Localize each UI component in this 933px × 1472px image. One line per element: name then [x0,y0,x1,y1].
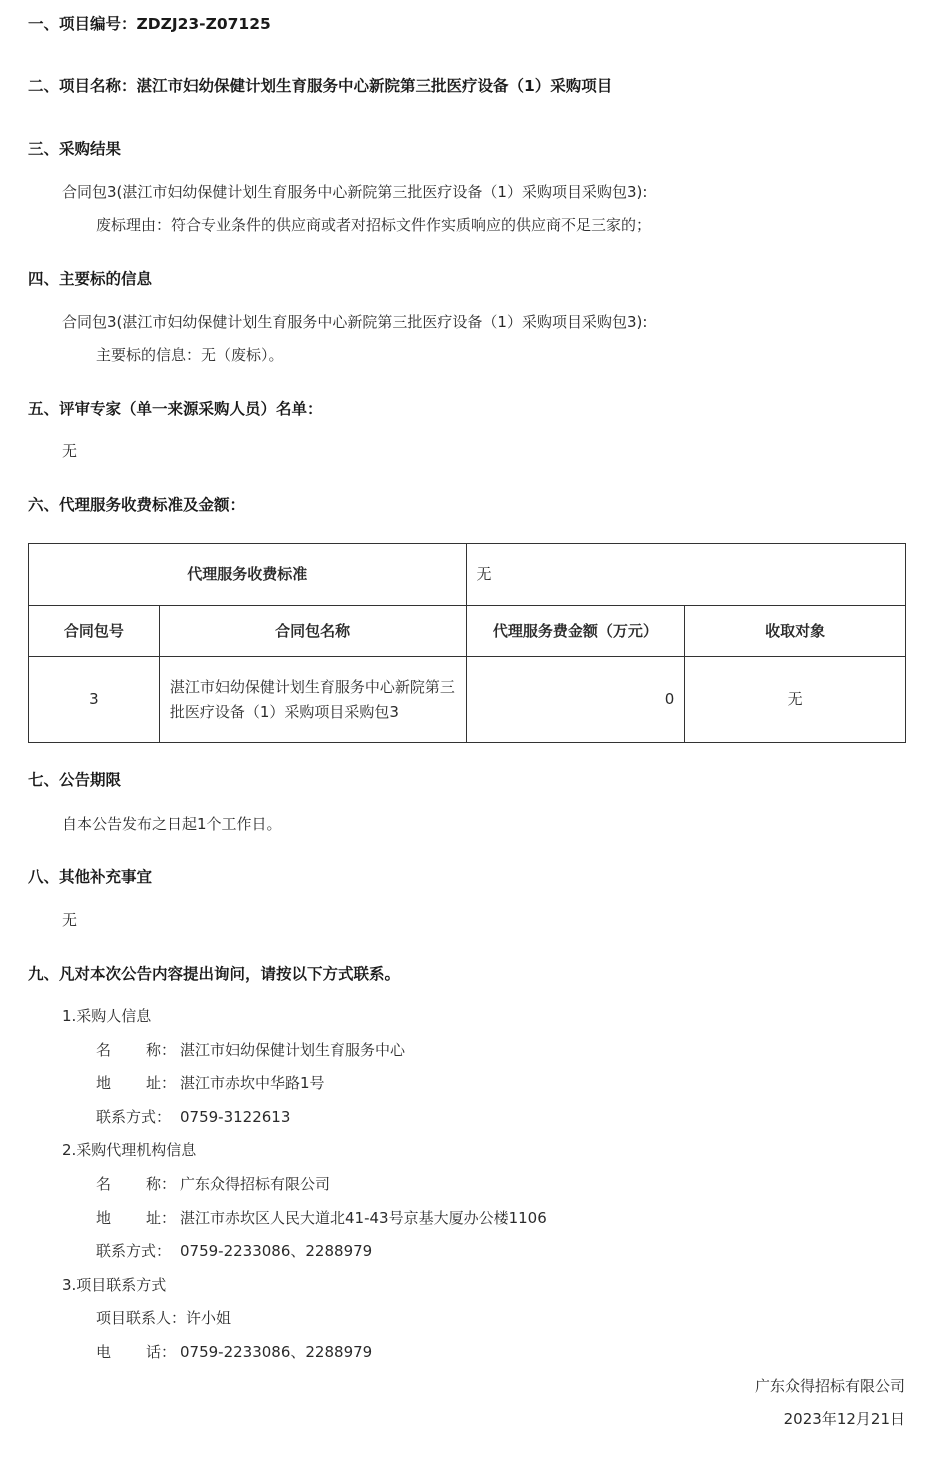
name-label-a: 名 [96,1040,146,1060]
purchaser-contact-line: 联系方式：0759-3122613 [96,1107,290,1127]
result-package-line: 合同包3(湛江市妇幼保健计划生育服务中心新院第三批医疗设备（1）采购项目采购包3… [62,182,647,202]
cell-fee-amount: 0 [466,657,685,743]
project-number-heading: 一、项目编号：ZDZJ23-Z07125 [28,14,271,34]
name-label-a: 名 [96,1174,146,1194]
agency-name: 广东众得招标有限公司 [180,1175,330,1193]
purchaser-info-title: 1.采购人信息 [62,1006,151,1026]
purchaser-contact: 0759-3122613 [180,1108,290,1126]
column-header-payer: 收取对象 [685,606,906,657]
agency-name-line: 名称：广东众得招标有限公司 [96,1174,330,1194]
column-header-fee-amount: 代理服务费金额（万元） [466,606,685,657]
purchaser-name: 湛江市妇幼保健计划生育服务中心 [180,1041,405,1059]
purchaser-name-line: 名称：湛江市妇幼保健计划生育服务中心 [96,1040,405,1060]
purchaser-address-line: 地址：湛江市赤坎中华路1号 [96,1073,325,1093]
notice-period-heading: 七、公告期限 [28,770,121,790]
failed-bid-reason: 废标理由：符合专业条件的供应商或者对招标文件作实质响应的供应商不足三家的； [96,215,651,235]
address-label-b: 址： [146,1209,176,1227]
fee-standard-value: 无 [466,544,906,606]
cell-package-no: 3 [29,657,160,743]
column-header-package-name: 合同包名称 [159,606,466,657]
other-matters-heading: 八、其他补充事宜 [28,867,152,887]
column-header-package-no: 合同包号 [29,606,160,657]
signature-company: 广东众得招标有限公司 [755,1376,905,1396]
project-contact-phone-line: 电话：0759-2233086、2288979 [96,1342,372,1362]
agency-fee-heading: 六、代理服务收费标准及金额： [28,495,245,515]
phone-label-b: 话： [146,1343,176,1361]
fee-standard-label: 代理服务收费标准 [29,544,467,606]
address-label-a: 地 [96,1073,146,1093]
agency-address: 湛江市赤坎区人民大道北41-43号京基大厦办公楼1106 [180,1209,547,1227]
procurement-result-heading: 三、采购结果 [28,139,121,159]
contact-heading: 九、凡对本次公告内容提出询问，请按以下方式联系。 [28,964,400,984]
table-header-row: 合同包号 合同包名称 代理服务费金额（万元） 收取对象 [29,606,906,657]
name-label-b: 称： [146,1041,176,1059]
address-label-a: 地 [96,1208,146,1228]
address-label-b: 址： [146,1074,176,1092]
agency-address-line: 地址：湛江市赤坎区人民大道北41-43号京基大厦办公楼1106 [96,1208,547,1228]
cell-package-name: 湛江市妇幼保健计划生育服务中心新院第三批医疗设备（1）采购项目采购包3 [159,657,466,743]
main-subject-heading: 四、主要标的信息 [28,269,152,289]
fee-standard-row: 代理服务收费标准 无 [29,544,906,606]
contact-person-label: 项目联系人： [96,1309,186,1327]
name-label-b: 称： [146,1175,176,1193]
agency-info-title: 2.采购代理机构信息 [62,1140,196,1160]
agency-contact-line: 联系方式：0759-2233086、2288979 [96,1241,372,1261]
agency-contact: 0759-2233086、2288979 [180,1242,372,1260]
main-subject-info: 主要标的信息：无（废标）。 [96,345,284,365]
notice-period-content: 自本公告发布之日起1个工作日。 [62,814,282,834]
contact-person: 许小姐 [186,1309,231,1327]
cell-payer: 无 [685,657,906,743]
project-contact-person-line: 项目联系人：许小姐 [96,1308,231,1328]
purchaser-address: 湛江市赤坎中华路1号 [180,1074,325,1092]
table-row: 3 湛江市妇幼保健计划生育服务中心新院第三批医疗设备（1）采购项目采购包3 0 … [29,657,906,743]
other-matters-content: 无 [62,910,77,930]
subject-package-line: 合同包3(湛江市妇幼保健计划生育服务中心新院第三批医疗设备（1）采购项目采购包3… [62,312,647,332]
signature-date: 2023年12月21日 [784,1409,905,1429]
experts-heading: 五、评审专家（单一来源采购人员）名单： [28,399,323,419]
agency-fee-table: 代理服务收费标准 无 合同包号 合同包名称 代理服务费金额（万元） 收取对象 3… [28,543,906,743]
contact-label: 联系方式： [96,1241,180,1261]
phone-label-a: 电 [96,1342,146,1362]
contact-label: 联系方式： [96,1107,180,1127]
contact-phone: 0759-2233086、2288979 [180,1343,372,1361]
project-name-heading: 二、项目名称：湛江市妇幼保健计划生育服务中心新院第三批医疗设备（1）采购项目 [28,76,612,96]
experts-content: 无 [62,441,77,461]
project-contact-title: 3.项目联系方式 [62,1275,166,1295]
